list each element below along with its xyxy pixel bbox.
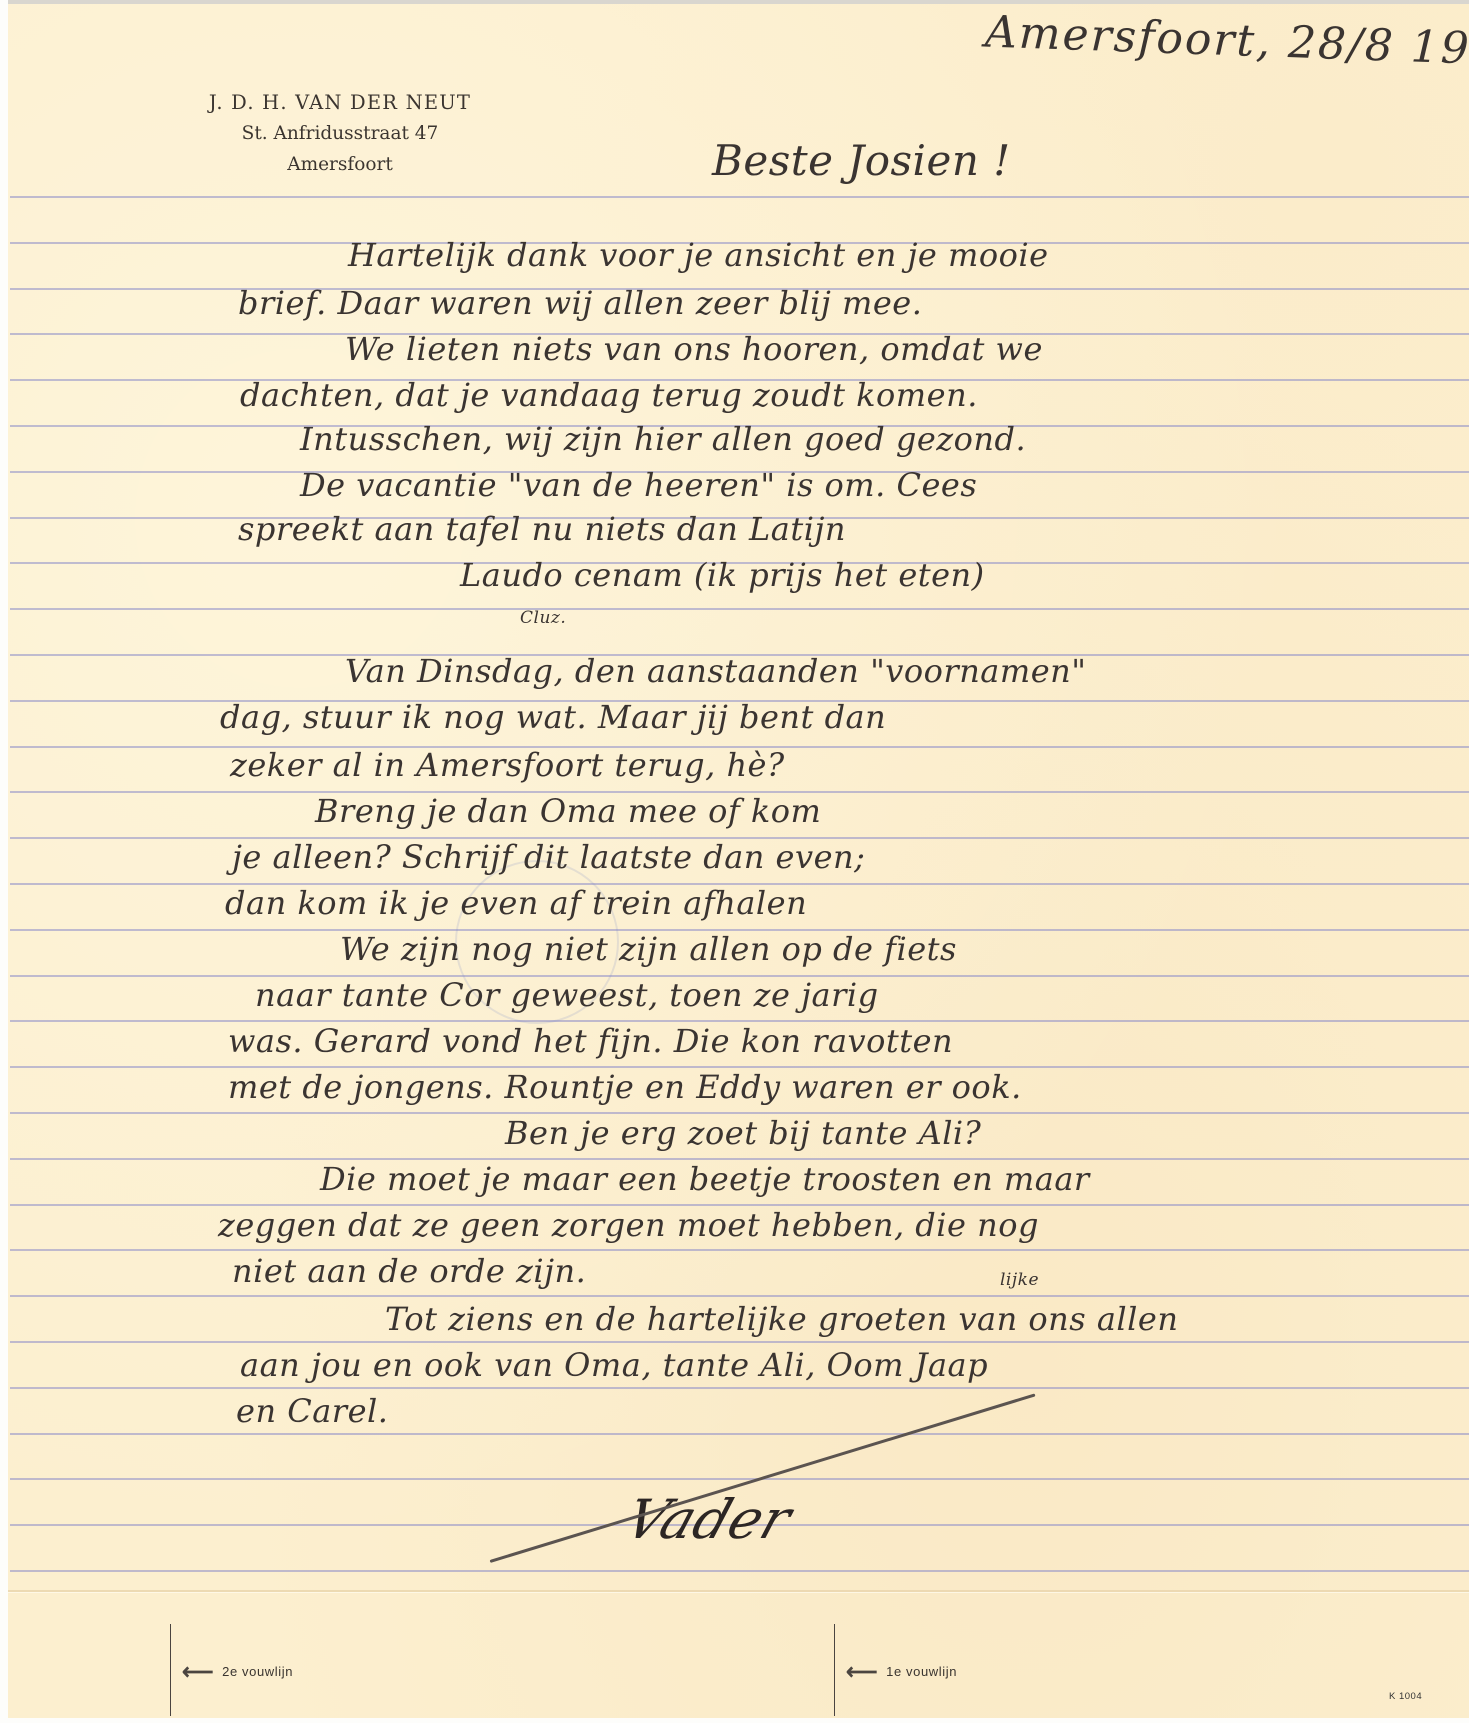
letter-line: dag, stuur ik nog wat. Maar jij bent dan [220, 698, 886, 736]
ruled-line [10, 1433, 1469, 1435]
interlinear-annotation: lijke [1000, 1270, 1039, 1290]
letter-line: De vacantie "van de heeren" is om. Cees [300, 466, 977, 504]
letter-line: dan kom ik je even af trein afhalen [225, 884, 807, 922]
letter-line: zeggen dat ze geen zorgen moet hebben, d… [218, 1206, 1039, 1244]
form-code: K 1004 [1389, 1691, 1422, 1702]
ruled-line [10, 1387, 1469, 1389]
salutation: Beste Josien ! [712, 136, 1011, 185]
letter-line: Van Dinsdag, den aanstaanden "voornamen" [345, 652, 1086, 690]
interlinear-annotation: Cluz. [520, 608, 566, 628]
letter-line: Hartelijk dank voor je ansicht en je moo… [348, 236, 1049, 274]
letter-line: was. Gerard vond het fijn. Die kon ravot… [228, 1022, 953, 1060]
signature: Vader [618, 1488, 800, 1551]
left-arrow-icon: ⟵ [182, 1665, 214, 1678]
fold-line-1-text: 1e vouwlijn [886, 1664, 957, 1679]
letter-line: Laudo cenam (ik prijs het eten) [460, 556, 985, 594]
ruled-line [10, 608, 1469, 610]
fold-label-2: ⟵ 2e vouwlijn [182, 1664, 293, 1679]
letter-line: Die moet je maar een beetje troosten en … [320, 1160, 1090, 1198]
letter-line: naar tante Cor geweest, toen ze jarig [255, 976, 879, 1014]
letterhead: J. D. H. VAN DER NEUT St. Anfridusstraat… [160, 88, 520, 180]
letter-line: dachten, dat je vandaag terug zoudt kome… [240, 376, 978, 414]
letter-line: en Carel. [236, 1392, 388, 1430]
letter-line: aan jou en ook van Oma, tante Ali, Oom J… [240, 1346, 988, 1384]
letter-line: zeker al in Amersfoort terug, hè? [230, 746, 785, 784]
fold-marker-2 [170, 1624, 171, 1716]
ruled-line [10, 1478, 1469, 1480]
fold-crease [8, 1590, 1469, 1592]
letterhead-name: J. D. H. VAN DER NEUT [160, 88, 520, 118]
letter-line: je alleen? Schrijf dit laatste dan even; [232, 838, 865, 876]
letterhead-street: St. Anfridusstraat 47 [160, 118, 520, 149]
ruled-line [10, 1341, 1469, 1343]
letter-line: met de jongens. Rountje en Eddy waren er… [228, 1068, 1022, 1106]
letter-line: Tot ziens en de hartelijke groeten van o… [385, 1300, 1178, 1338]
left-arrow-icon: ⟵ [846, 1665, 878, 1678]
ruled-line [10, 1249, 1469, 1251]
fold-label-1: ⟵ 1e vouwlijn [846, 1664, 957, 1679]
fold-line-2-text: 2e vouwlijn [222, 1664, 293, 1679]
ruled-line [10, 196, 1469, 198]
letter-line: We lieten niets van ons hooren, omdat we [345, 330, 1043, 368]
letter-line: niet aan de orde zijn. [232, 1252, 586, 1290]
letter-line: Breng je dan Oma mee of kom [315, 792, 821, 830]
letter-line: spreekt aan tafel nu niets dan Latijn [238, 510, 846, 548]
letterhead-city: Amersfoort [160, 149, 520, 180]
ruled-line [10, 1295, 1469, 1297]
letter-line: We zijn nog niet zijn allen op de fiets [340, 930, 957, 968]
ruled-line [10, 1570, 1469, 1572]
letter-line: Ben je erg zoet bij tante Ali? [505, 1114, 981, 1152]
letter-line: Intusschen, wij zijn hier allen goed gez… [300, 420, 1026, 458]
letter-line: brief. Daar waren wij allen zeer blij me… [238, 284, 922, 322]
fold-marker-1 [834, 1624, 835, 1716]
